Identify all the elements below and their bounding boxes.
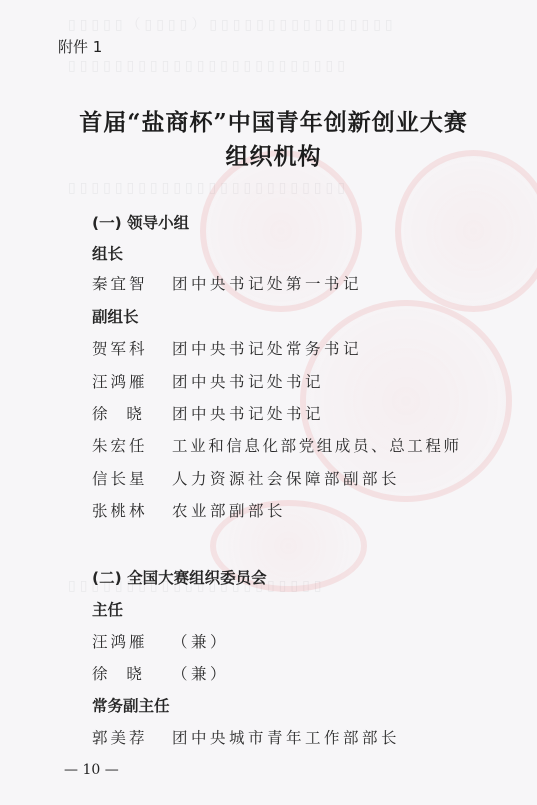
- member-name: 汪鸿雁: [92, 370, 172, 392]
- red-seal-stamp: [395, 150, 537, 312]
- member-name: 徐 晓: [92, 662, 172, 684]
- member-name: 郭美荐: [92, 726, 172, 748]
- document-title: 首届“盐商杯”中国青年创新创业大赛: [10, 104, 537, 137]
- member-post: （兼）: [172, 662, 229, 684]
- member-post: 团中央书记处书记: [172, 402, 324, 424]
- member-row: 徐 晓 （兼）: [92, 662, 229, 684]
- member-post: 团中央书记处常务书记: [172, 337, 362, 359]
- member-name: 朱宏任: [92, 434, 172, 456]
- member-name: 徐 晓: [92, 402, 172, 424]
- member-row: 朱宏任 工业和信息化部党组成员、总工程师: [92, 434, 462, 456]
- document-subtitle: 组织机构: [10, 138, 537, 171]
- member-row: 贺军科 团中央书记处常务书记: [92, 337, 362, 359]
- member-row: 张桃林 农业部副部长: [92, 499, 286, 521]
- role-heading-deputy-leader: 副组长: [92, 305, 139, 327]
- member-row: 汪鸿雁 （兼）: [92, 630, 229, 652]
- member-name: 贺军科: [92, 337, 172, 359]
- member-post: 工业和信息化部党组成员、总工程师: [172, 434, 462, 456]
- member-post: （兼）: [172, 630, 229, 652]
- member-post: 人力资源社会保障部副部长: [172, 467, 400, 489]
- member-row: 秦宜智 团中央书记处第一书记: [92, 272, 362, 294]
- member-post: 农业部副部长: [172, 499, 286, 521]
- member-post: 团中央城市青年工作部部长: [172, 726, 400, 748]
- member-name: 张桃林: [92, 499, 172, 521]
- document-page: ▯▯▯▯▯（▯▯▯▯）▯▯▯▯▯▯▯▯▯▯▯▯▯▯▯▯ ▯▯▯▯▯▯▯▯▯▯▯▯…: [0, 0, 537, 805]
- section-heading-leading-group: (一) 领导小组: [92, 211, 189, 233]
- attachment-label: 附件 1: [58, 36, 102, 57]
- page-number: — 10 —: [64, 762, 119, 778]
- member-row: 汪鸿雁 团中央书记处书记: [92, 370, 324, 392]
- bleed-through-text: ▯▯▯▯▯▯▯▯▯▯▯▯▯▯▯▯▯▯▯▯▯▯▯▯: [68, 58, 527, 74]
- role-heading-director: 主任: [92, 598, 123, 620]
- member-row: 郭美荐 团中央城市青年工作部部长: [92, 726, 400, 748]
- role-heading-executive-deputy-director: 常务副主任: [92, 694, 170, 716]
- member-row: 信长星 人力资源社会保障部副部长: [92, 467, 400, 489]
- bleed-through-text: ▯▯▯▯▯▯▯▯▯▯▯▯▯▯▯▯▯▯▯▯▯▯▯▯: [68, 180, 527, 196]
- member-name: 秦宜智: [92, 272, 172, 294]
- member-name: 信长星: [92, 467, 172, 489]
- member-name: 汪鸿雁: [92, 630, 172, 652]
- bleed-through-text: ▯▯▯▯▯（▯▯▯▯）▯▯▯▯▯▯▯▯▯▯▯▯▯▯▯▯: [68, 14, 527, 34]
- member-post: 团中央书记处书记: [172, 370, 324, 392]
- member-row: 徐 晓 团中央书记处书记: [92, 402, 324, 424]
- member-post: 团中央书记处第一书记: [172, 272, 362, 294]
- role-heading-leader: 组长: [92, 242, 123, 264]
- section-heading-organizing-committee: (二) 全国大赛组织委员会: [92, 566, 267, 588]
